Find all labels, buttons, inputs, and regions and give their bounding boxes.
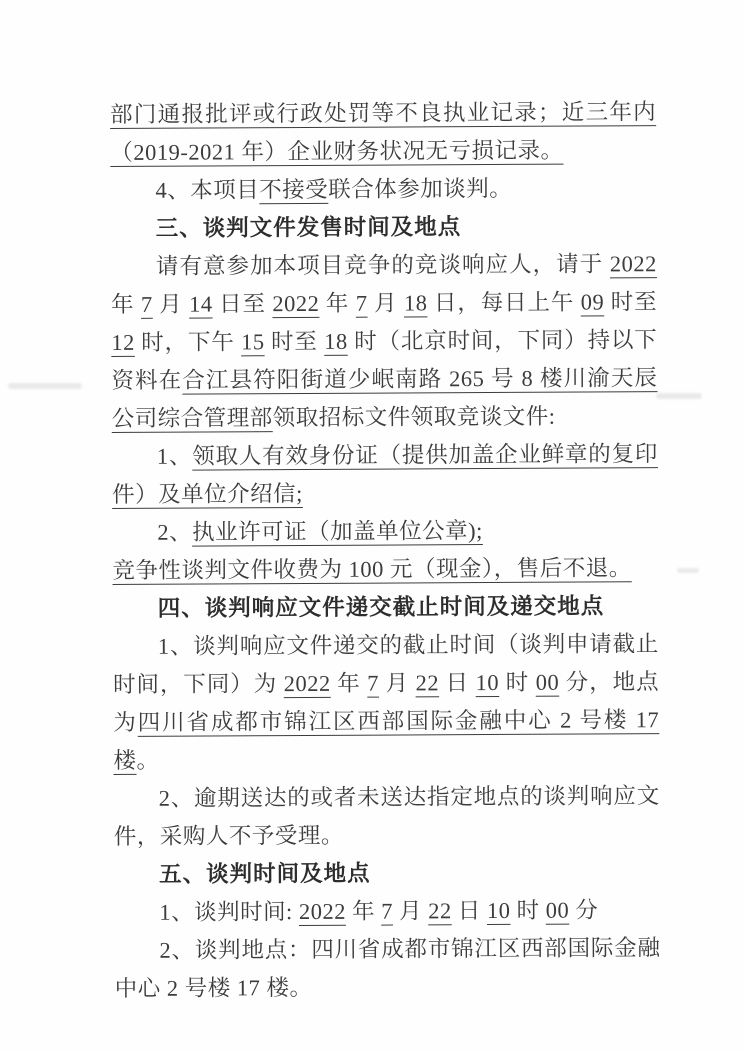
scan-artifact xyxy=(677,568,699,573)
underlined-text-run: 22 xyxy=(428,898,452,923)
underlined-text-run: 竞争性谈判文件收费为 100 元（现金），售后不退。 xyxy=(112,555,631,583)
underlined-text-run: 00 xyxy=(546,898,570,923)
text-run: 月 xyxy=(367,290,404,315)
text-run: 月 xyxy=(393,898,428,923)
clause-fee: 竞争性谈判文件收费为 100 元（现金），售后不退。 xyxy=(112,549,658,590)
underlined-text-run: 22 xyxy=(415,670,439,695)
underlined-text-run: 部门通报批评或行政处罚等不良执业记录；近三年内（2019-2021 年）企业财务… xyxy=(110,99,656,165)
text-run: 时至 xyxy=(604,289,657,314)
text-run: 1、 xyxy=(157,444,192,469)
text-run: 2、谈判地点：四川省成都市锦江区西部国际金融中心 2 号楼 17 楼。 xyxy=(115,935,661,1001)
text-run: 分 xyxy=(569,897,598,922)
item-negotiation-place: 2、谈判地点：四川省成都市锦江区西部国际金融中心 2 号楼 17 楼。 xyxy=(114,929,660,1008)
underlined-text-run: 18 xyxy=(324,329,348,354)
text-run: 月 xyxy=(153,292,190,317)
underlined-text-run: 14 xyxy=(189,291,213,316)
text-run: 五、谈判时间及地点 xyxy=(159,861,371,887)
section-heading-4: 四、谈判响应文件递交截止时间及递交地点 xyxy=(113,587,659,628)
text-run: 4、本项目 xyxy=(155,177,259,203)
text-run: 年 xyxy=(111,292,141,317)
underlined-text-run: 18 xyxy=(404,290,428,315)
underlined-text-run: 执业许可证（加盖单位公章); xyxy=(192,518,483,545)
text-run: 请有意参加本项目竞争的竞谈响应人，请于 xyxy=(156,251,610,278)
item-id-card: 1、领取人有效身份证（提供加盖企业鲜章的复印件）及单位介绍信; xyxy=(112,435,658,514)
item-license: 2、执业许可证（加盖单位公章); xyxy=(112,511,658,552)
underlined-text-run: 2022 xyxy=(284,671,331,696)
scan-artifact xyxy=(656,393,702,399)
underlined-text-run: 7 xyxy=(141,292,153,317)
text-run: 时至 xyxy=(265,329,325,354)
text-run: 三、谈判文件发售时间及地点 xyxy=(156,214,462,241)
text-run: 联合体参加谈判。 xyxy=(328,176,512,202)
underlined-text-run: 10 xyxy=(476,670,500,695)
text-run: 日至 xyxy=(213,291,273,316)
clause-financial-record: 部门通报批评或行政处罚等不良执业记录；近三年内（2019-2021 年）企业财务… xyxy=(110,93,656,172)
text-run: 时 xyxy=(499,670,536,695)
underlined-text-run: 四川省成都市锦江区西部国际金融中心 2 号楼 17 楼 xyxy=(113,707,659,773)
text-run: 2、 xyxy=(157,520,192,545)
underlined-text-run: 领取人有效身份证（提供加盖企业鲜章的复印件）及单位介绍信; xyxy=(112,441,658,507)
text-run: 时 xyxy=(510,898,545,923)
text-run: 四、谈判响应文件递交截止时间及递交地点 xyxy=(158,593,605,620)
item-negotiation-time: 1、谈判时间: 2022 年 7 月 22 日 10 时 00 分 xyxy=(114,891,660,932)
text-run: 日 xyxy=(452,898,487,923)
underlined-text-run: 7 xyxy=(356,291,368,316)
underlined-text-run: 09 xyxy=(581,289,605,314)
underlined-text-run: 2022 xyxy=(272,291,319,316)
document-body: 部门通报批评或行政处罚等不良执业记录；近三年内（2019-2021 年）企业财务… xyxy=(110,93,661,1008)
text-run: 1、谈判时间: xyxy=(159,899,299,925)
underlined-text-run: 不接受 xyxy=(259,177,328,202)
underlined-text-run: 2022 xyxy=(610,251,657,276)
text-run: 2、逾期送达的或者未送达指定地点的谈判响应文件，采购人不予受理。 xyxy=(114,783,660,849)
underlined-text-run: 10 xyxy=(487,898,511,923)
section-heading-3: 三、谈判文件发售时间及地点 xyxy=(111,207,657,248)
text-run: 年 xyxy=(331,671,368,696)
clause-late-delivery: 2、逾期送达的或者未送达指定地点的谈判响应文件，采购人不予受理。 xyxy=(114,777,660,856)
scan-artifact xyxy=(8,383,82,389)
paragraph-submission-deadline: 1、谈判响应文件递交的截止时间（谈判申请截止时间，下同）为 2022 年 7 月… xyxy=(113,625,660,780)
clause-no-consortium: 4、本项目不接受联合体参加谈判。 xyxy=(110,169,656,210)
scanned-document-page: 部门通报批评或行政处罚等不良执业记录；近三年内（2019-2021 年）企业财务… xyxy=(0,0,744,1052)
underlined-text-run: 15 xyxy=(241,329,265,354)
section-heading-5: 五、谈判时间及地点 xyxy=(114,853,660,894)
underlined-text-run: 7 xyxy=(381,899,393,924)
text-run: 日，每日上午 xyxy=(427,290,580,316)
text-run: 日 xyxy=(439,670,476,695)
text-run: 年 xyxy=(346,899,381,924)
text-run: 时，下午 xyxy=(135,329,241,355)
underlined-text-run: 00 xyxy=(536,670,560,695)
underlined-text-run: 2022 xyxy=(299,899,346,924)
underlined-text-run: 12 xyxy=(111,330,135,355)
text-run: 月 xyxy=(379,670,416,695)
text-run: 年 xyxy=(319,291,356,316)
text-run: 。 xyxy=(136,748,159,773)
paragraph-document-sale: 请有意参加本项目竞争的竞谈响应人，请于 2022 年 7 月 14 日至 202… xyxy=(111,245,658,438)
text-run: 领取招标文件领取竞谈文件: xyxy=(273,404,556,430)
underlined-text-run: 7 xyxy=(367,671,379,696)
